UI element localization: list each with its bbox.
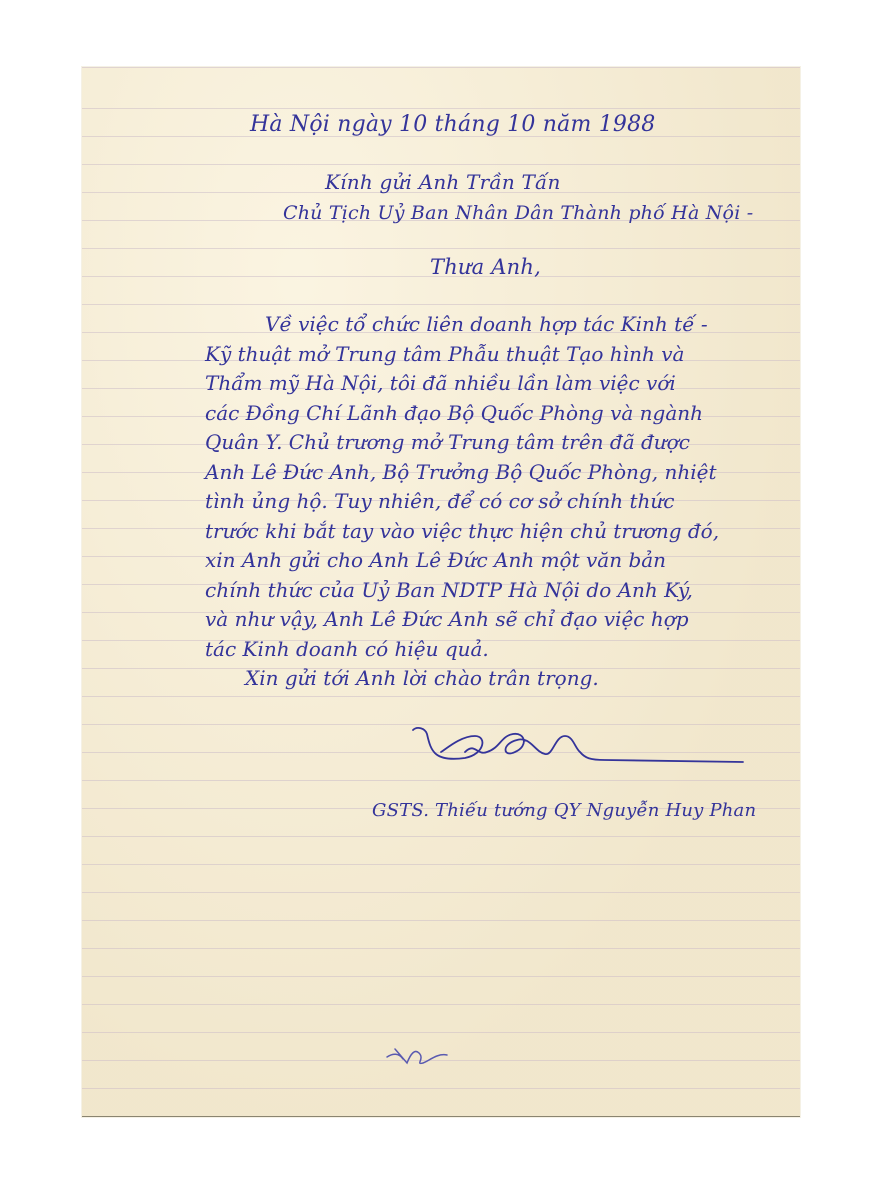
body-line: xin Anh gửi cho Anh Lê Đức Anh một văn b… (205, 546, 805, 576)
letter-body: Về việc tổ chức liên doanh hợp tác Kinh … (205, 310, 805, 694)
closing-line: Xin gửi tới Anh lời chào trân trọng. (205, 664, 805, 694)
body-line: trước khi bắt tay vào việc thực hiện chủ… (205, 517, 805, 547)
body-line: tác Kinh doanh có hiệu quả. (205, 635, 805, 665)
body-line: Thẩm mỹ Hà Nội, tôi đã nhiều lần làm việ… (205, 369, 805, 399)
body-line: các Đồng Chí Lãnh đạo Bộ Quốc Phòng và n… (205, 399, 805, 429)
recipient-line-2: Chủ Tịch Uỷ Ban Nhân Dân Thành phố Hà Nộ… (283, 202, 753, 224)
body-line: Quân Y. Chủ trương mở Trung tâm trên đã … (205, 428, 805, 458)
place-date: Hà Nội ngày 10 tháng 10 năm 1988 (250, 112, 655, 137)
body-line: và như vậy, Anh Lê Đức Anh sẽ chỉ đạo vi… (205, 605, 805, 635)
body-line: chính thức của Uỷ Ban NDTP Hà Nội do Anh… (205, 576, 805, 606)
body-line: tình ủng hộ. Tuy nhiên, để có cơ sở chín… (205, 487, 805, 517)
body-line: Kỹ thuật mở Trung tâm Phẫu thuật Tạo hìn… (205, 340, 805, 370)
body-line: Anh Lê Đức Anh, Bộ Trưởng Bộ Quốc Phòng,… (205, 458, 805, 488)
signer-name: GSTS. Thiếu tướng QY Nguyễn Huy Phan (372, 800, 756, 821)
signature-mark (405, 722, 745, 772)
body-line: Về việc tổ chức liên doanh hợp tác Kinh … (205, 310, 805, 340)
initials-mark (385, 1043, 450, 1068)
recipient-line-1: Kính gửi Anh Trần Tấn (325, 170, 561, 194)
salutation: Thưa Anh, (430, 255, 541, 279)
